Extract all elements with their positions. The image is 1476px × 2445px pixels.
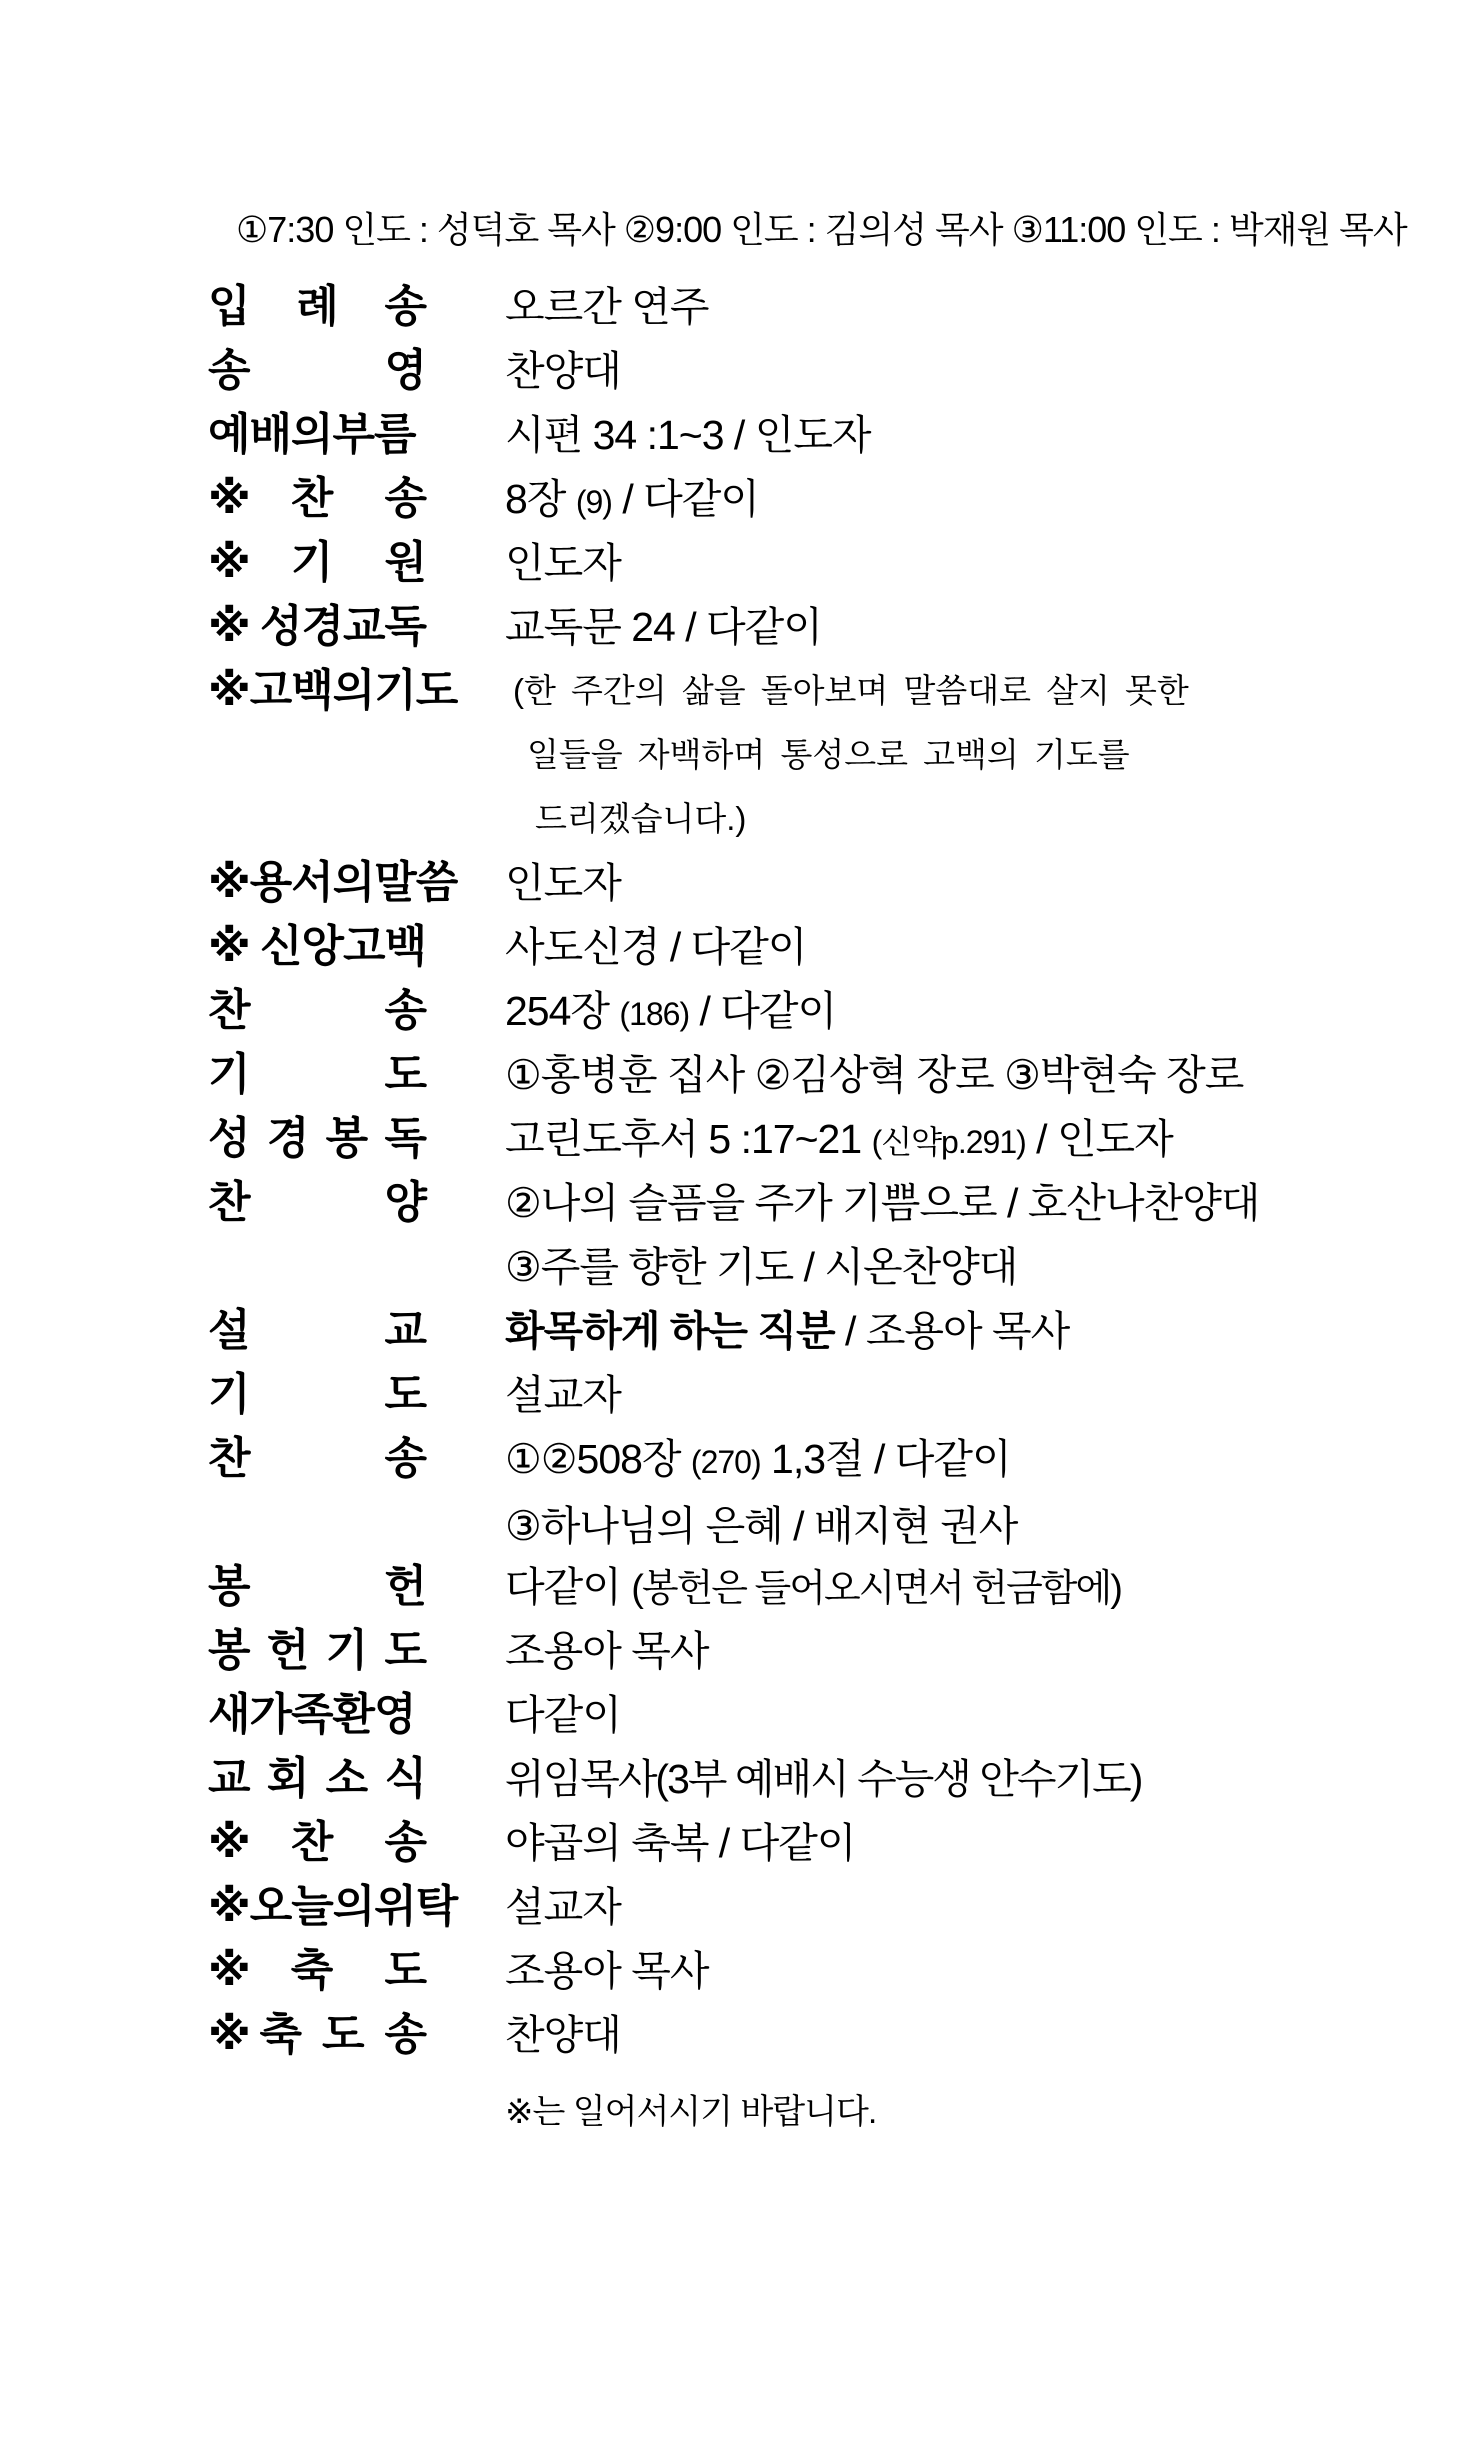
order-value: 다같이 (봉헌은 들어오시면서 헌금함에)	[505, 1555, 1121, 1621]
hymn-alt-number: (9)	[576, 484, 612, 520]
order-label: 교 회 소 식	[208, 1747, 426, 1811]
order-label: 찬 송	[208, 979, 426, 1043]
order-label: ※오늘의위탁	[208, 1875, 426, 1939]
order-row: ※용서의말씀 인도자	[0, 851, 1476, 915]
order-value: 찬양대	[505, 339, 621, 403]
order-value: 인도자	[505, 851, 621, 915]
order-value: (한 주간의 삶을 돌아보며 말씀대로 살지 못한 일들을 자백하며 통성으로 …	[505, 659, 1189, 851]
order-label: ※찬 송	[208, 467, 426, 531]
order-value: ①②508장 (270) 1,3절 / 다같이 ③하나님의 은혜 / 배지현 권…	[505, 1427, 1017, 1558]
order-label: 기 도	[208, 1363, 426, 1427]
order-value: 8장 (9) / 다같이	[505, 467, 759, 534]
confession-line: 일들을 자백하며 통성으로 고백의 기도를	[505, 723, 1189, 787]
order-row: 기 도 ①홍병훈 집사 ②김상혁 장로 ③박현숙 장로	[0, 1043, 1476, 1107]
worship-order-document: ①7:30 인도 : 성덕호 목사 ②9:00 인도 : 김의성 목사 ③11:…	[0, 0, 1476, 2445]
order-value: 인도자	[505, 531, 621, 595]
order-row: 봉 헌 다같이 (봉헌은 들어오시면서 헌금함에)	[0, 1555, 1476, 1619]
order-row: 설 교 화목하게 하는 직분 / 조용아 목사	[0, 1299, 1476, 1363]
hymn-alt-number: (186)	[619, 996, 689, 1032]
order-row: ※찬 송 야곱의 축복 / 다같이	[0, 1811, 1476, 1875]
order-value: 254장 (186) / 다같이	[505, 979, 836, 1046]
order-label: 봉 헌	[208, 1555, 426, 1619]
order-row: ※오늘의위탁 설교자	[0, 1875, 1476, 1939]
order-row: 찬 양 ②나의 슬픔을 주가 기쁨으로 / 호산나찬양대 ③주를 향한 기도 /…	[0, 1171, 1476, 1299]
order-row: 예배의부름 시편 34 :1~3 / 인도자	[0, 403, 1476, 467]
order-label: 찬 양	[208, 1171, 426, 1235]
order-row: ※고백의기도 (한 주간의 삶을 돌아보며 말씀대로 살지 못한 일들을 자백하…	[0, 659, 1476, 851]
order-label: 성 경 봉 독	[208, 1107, 426, 1171]
order-label: 찬 송	[208, 1427, 426, 1491]
order-row: ※찬 송 8장 (9) / 다같이	[0, 467, 1476, 531]
confession-line: (한 주간의 삶을 돌아보며 말씀대로 살지 못한	[505, 659, 1189, 723]
order-row: 찬 송 ①②508장 (270) 1,3절 / 다같이 ③하나님의 은혜 / 배…	[0, 1427, 1476, 1555]
order-row: ※축 도 송 찬양대	[0, 2003, 1476, 2067]
order-label: 입 례 송	[208, 275, 426, 339]
order-label: 설 교	[208, 1299, 426, 1363]
order-label: 예배의부름	[208, 403, 426, 467]
order-label: 새가족환영	[208, 1683, 426, 1747]
order-value: 교독문 24 / 다같이	[505, 595, 822, 659]
order-row: 입 례 송 오르간 연주	[0, 275, 1476, 339]
order-row: ※성경교독 교독문 24 / 다같이	[0, 595, 1476, 659]
order-row: 봉 헌 기 도 조용아 목사	[0, 1619, 1476, 1683]
hymn-alt-number: (270)	[691, 1444, 761, 1480]
order-label: ※찬 송	[208, 1811, 426, 1875]
anthem-line: ②나의 슬픔을 주가 기쁨으로 / 호산나찬양대	[505, 1171, 1259, 1235]
order-row: ※기 원 인도자	[0, 531, 1476, 595]
bible-page-ref: (신약p.291)	[872, 1124, 1026, 1160]
order-label: ※용서의말씀	[208, 851, 426, 915]
order-label: ※축 도	[208, 1939, 426, 2003]
anthem-line: ③주를 향한 기도 / 시온찬양대	[505, 1235, 1259, 1299]
order-value: 야곱의 축복 / 다같이	[505, 1811, 855, 1875]
sermon-preacher: / 조용아 목사	[835, 1308, 1070, 1354]
sermon-title: 화목하게 하는 직분	[505, 1308, 835, 1354]
order-row: 기 도 설교자	[0, 1363, 1476, 1427]
order-value: 고린도후서 5 :17~21 (신약p.291) / 인도자	[505, 1107, 1173, 1174]
standing-footnote: ※는 일어서시기 바랍니다.	[505, 2090, 876, 2134]
order-value: 조용아 목사	[505, 1619, 708, 1683]
order-label: ※축 도 송	[208, 2003, 426, 2067]
order-label: ※신앙고백	[208, 915, 426, 979]
order-value: 설교자	[505, 1363, 621, 1427]
order-label: ※기 원	[208, 531, 426, 595]
order-value: ②나의 슬픔을 주가 기쁨으로 / 호산나찬양대 ③주를 향한 기도 / 시온찬…	[505, 1171, 1259, 1299]
order-row: 송 영 찬양대	[0, 339, 1476, 403]
order-value: 사도신경 / 다같이	[505, 915, 806, 979]
offering-note: (봉헌은 들어오시면서 헌금함에)	[631, 1568, 1121, 1610]
order-row: ※축 도 조용아 목사	[0, 1939, 1476, 2003]
order-value: 조용아 목사	[505, 1939, 708, 2003]
order-value: 위임목사(3부 예배시 수능생 안수기도)	[505, 1747, 1141, 1811]
worship-order-list: 입 례 송 오르간 연주 송 영 찬양대 예배의부름 시편 34 :1~3 / …	[0, 275, 1476, 2067]
order-row: 찬 송 254장 (186) / 다같이	[0, 979, 1476, 1043]
order-row: 성 경 봉 독 고린도후서 5 :17~21 (신약p.291) / 인도자	[0, 1107, 1476, 1171]
order-row: 새가족환영 다같이	[0, 1683, 1476, 1747]
order-value: 다같이	[505, 1683, 621, 1747]
order-row: 교 회 소 식 위임목사(3부 예배시 수능생 안수기도)	[0, 1747, 1476, 1811]
order-label: ※성경교독	[208, 595, 426, 659]
hymn-line: ①②508장 (270) 1,3절 / 다같이	[505, 1427, 1017, 1494]
order-value: ①홍병훈 집사 ②김상혁 장로 ③박현숙 장로	[505, 1043, 1243, 1107]
confession-line: 드리겠습니다.)	[505, 787, 1189, 851]
order-row: ※신앙고백 사도신경 / 다같이	[0, 915, 1476, 979]
order-value: 시편 34 :1~3 / 인도자	[505, 403, 871, 467]
order-value: 설교자	[505, 1875, 621, 1939]
order-value: 화목하게 하는 직분 / 조용아 목사	[505, 1299, 1069, 1363]
hymn-line: ③하나님의 은혜 / 배지현 권사	[505, 1494, 1017, 1558]
order-label: 기 도	[208, 1043, 426, 1107]
order-value: 찬양대	[505, 2003, 621, 2067]
order-label: ※고백의기도	[208, 659, 426, 723]
order-label: 봉 헌 기 도	[208, 1619, 426, 1683]
order-label: 송 영	[208, 339, 426, 403]
order-value: 오르간 연주	[505, 275, 708, 339]
service-times-line: ①7:30 인도 : 성덕호 목사 ②9:00 인도 : 김의성 목사 ③11:…	[236, 206, 1407, 254]
